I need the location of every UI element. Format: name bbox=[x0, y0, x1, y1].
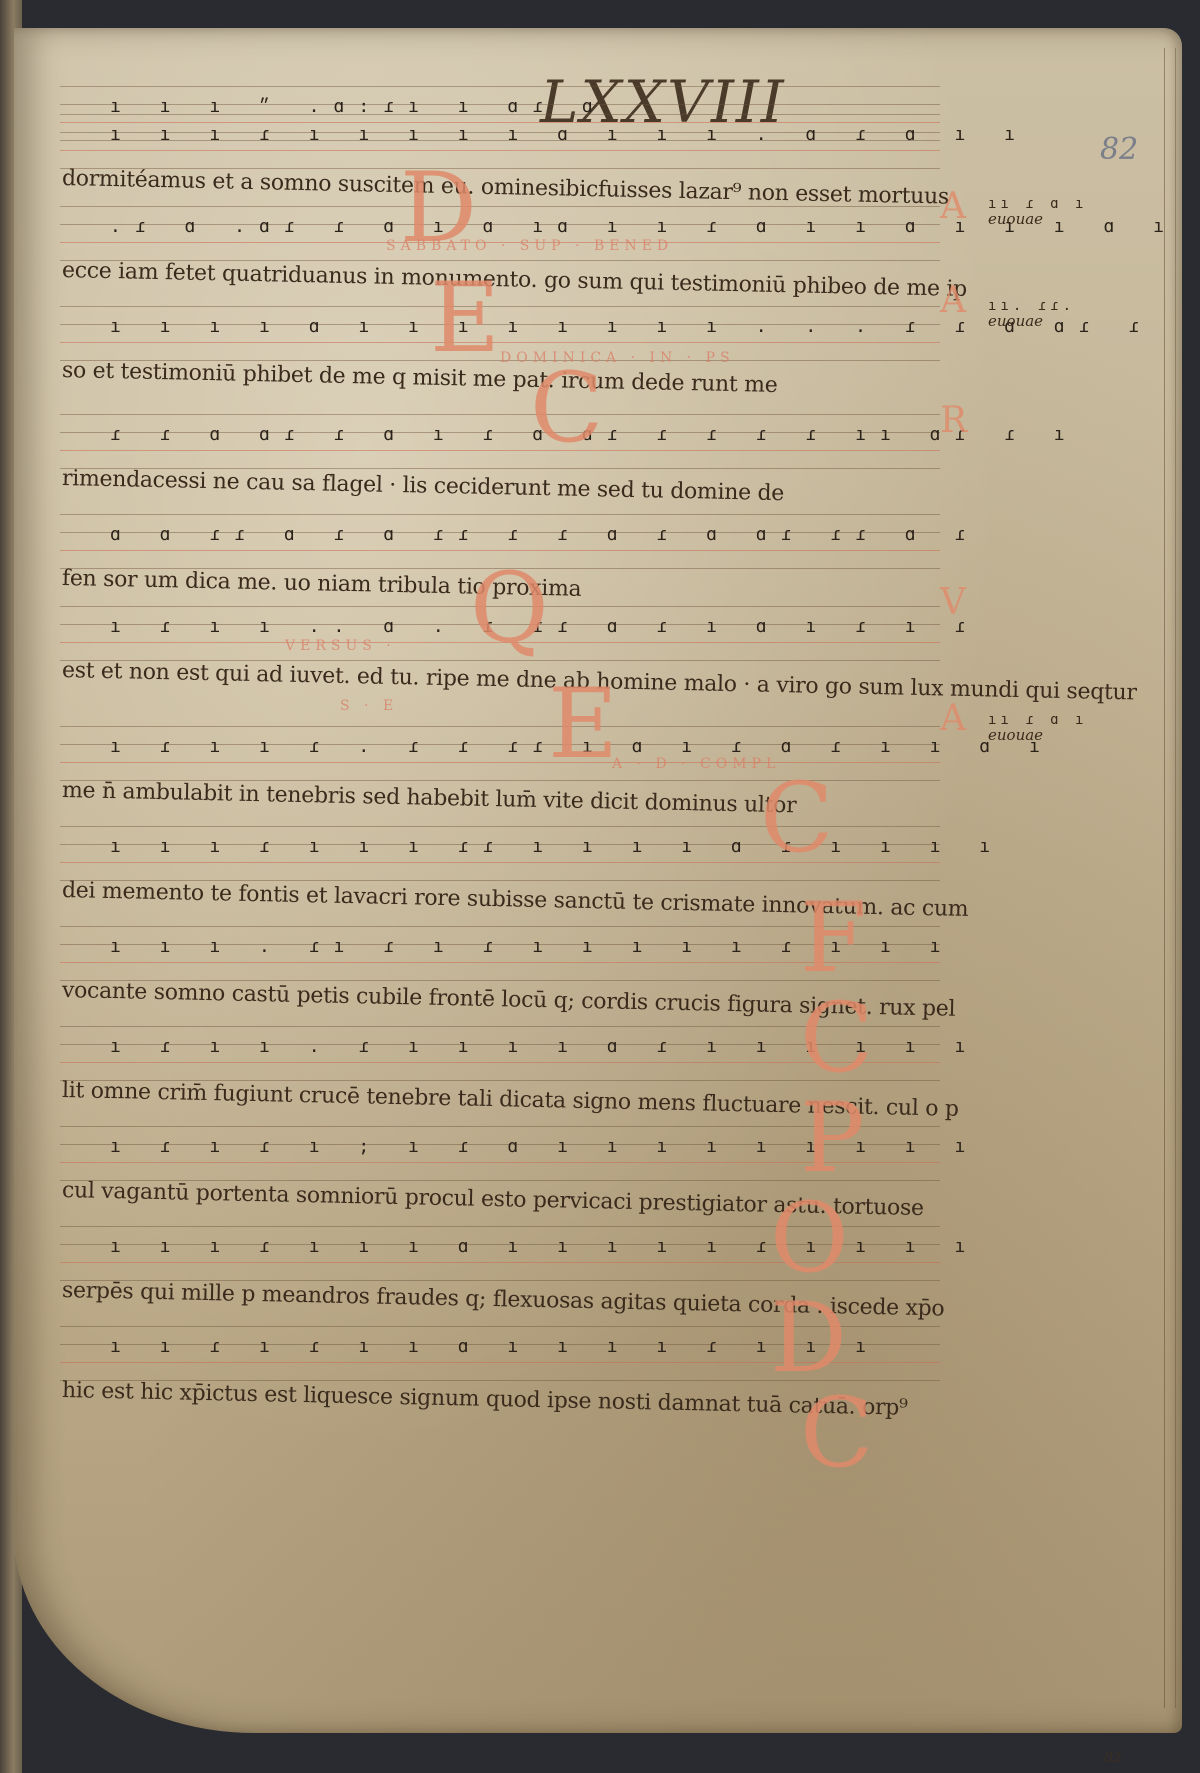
staff-line bbox=[60, 150, 940, 151]
mode-letter: A bbox=[940, 280, 966, 321]
staff-line bbox=[60, 514, 940, 515]
staff-line bbox=[60, 86, 940, 87]
decorated-initial: E bbox=[548, 676, 618, 772]
decorated-initial: C bbox=[800, 1385, 873, 1481]
decorated-initial: O bbox=[770, 1190, 849, 1286]
folio-number-bottom: 82 bbox=[1104, 1750, 1122, 1766]
mode-letter: A bbox=[940, 698, 966, 739]
decorated-initial: F bbox=[800, 890, 867, 986]
rubric-label: Dominica · in · Ps bbox=[500, 350, 735, 366]
neume-row: ı ı ɾ ı ɾ ı ı ɑ ı ı ı ı ɾ ı ı ı bbox=[110, 1336, 880, 1357]
decorated-initial: C bbox=[530, 360, 603, 456]
differentia-text: euouae bbox=[988, 312, 1075, 330]
staff-line bbox=[60, 550, 940, 551]
staff-line bbox=[60, 206, 940, 207]
folio-number-pencil: 82 bbox=[1100, 132, 1138, 167]
rubric-label: A · d · Compl bbox=[612, 756, 780, 772]
staff-line bbox=[60, 114, 940, 115]
neume-row: ɑ ɑ ɾɾ ɑ ɾ ɑ ɾɾ ɾ ɾ ɑ ɾ ɑ ɑɾ ɾɾ ɑ ɾ bbox=[110, 524, 979, 545]
rubric-label: Sabbato · Sup · Bened bbox=[386, 238, 673, 254]
decorated-initial: C bbox=[760, 770, 833, 866]
rubric-label: Versus · bbox=[285, 638, 396, 654]
differentia-marginal: ıı ɾ ɑ ıeuouae bbox=[988, 196, 1087, 228]
neume-row: ı ı ı ɾ ı ı ı ı ı ɑ ı ı ı . ɑ ɾ ɑ ı ı bbox=[110, 124, 1029, 145]
page-fore-edge bbox=[1164, 48, 1176, 1708]
decorated-initial: P bbox=[800, 1090, 865, 1186]
differentia-marginal: ıı ɾ ɑ ıeuouae bbox=[988, 712, 1087, 744]
decorated-initial: E bbox=[430, 270, 500, 366]
neume-row: ı ı ı ɾ ı ı ı ɾɾ ı ı ı ı ɑ ɾ ı ı ı ı bbox=[110, 836, 1004, 857]
decorated-initial: Q bbox=[470, 560, 549, 656]
differentia-text: euouae bbox=[988, 210, 1087, 228]
differentia-text: euouae bbox=[988, 726, 1087, 744]
decorated-initial: C bbox=[800, 990, 873, 1086]
neume-row: ı ı ı ɾ ı ı ı ɑ ı ı ı ı ı ɾ ı ı ı ı bbox=[110, 1236, 979, 1257]
rubric-label: S · E bbox=[340, 698, 398, 714]
staff-line bbox=[60, 726, 940, 727]
mode-letter: R bbox=[940, 400, 967, 441]
mode-letter: V bbox=[940, 582, 966, 623]
staff-line bbox=[60, 450, 940, 451]
decorated-initial: D bbox=[770, 1290, 847, 1386]
differentia-marginal: ıı. ɾɾ.euouae bbox=[988, 298, 1075, 330]
mode-letter: A bbox=[940, 186, 966, 227]
staff-line bbox=[60, 414, 940, 415]
